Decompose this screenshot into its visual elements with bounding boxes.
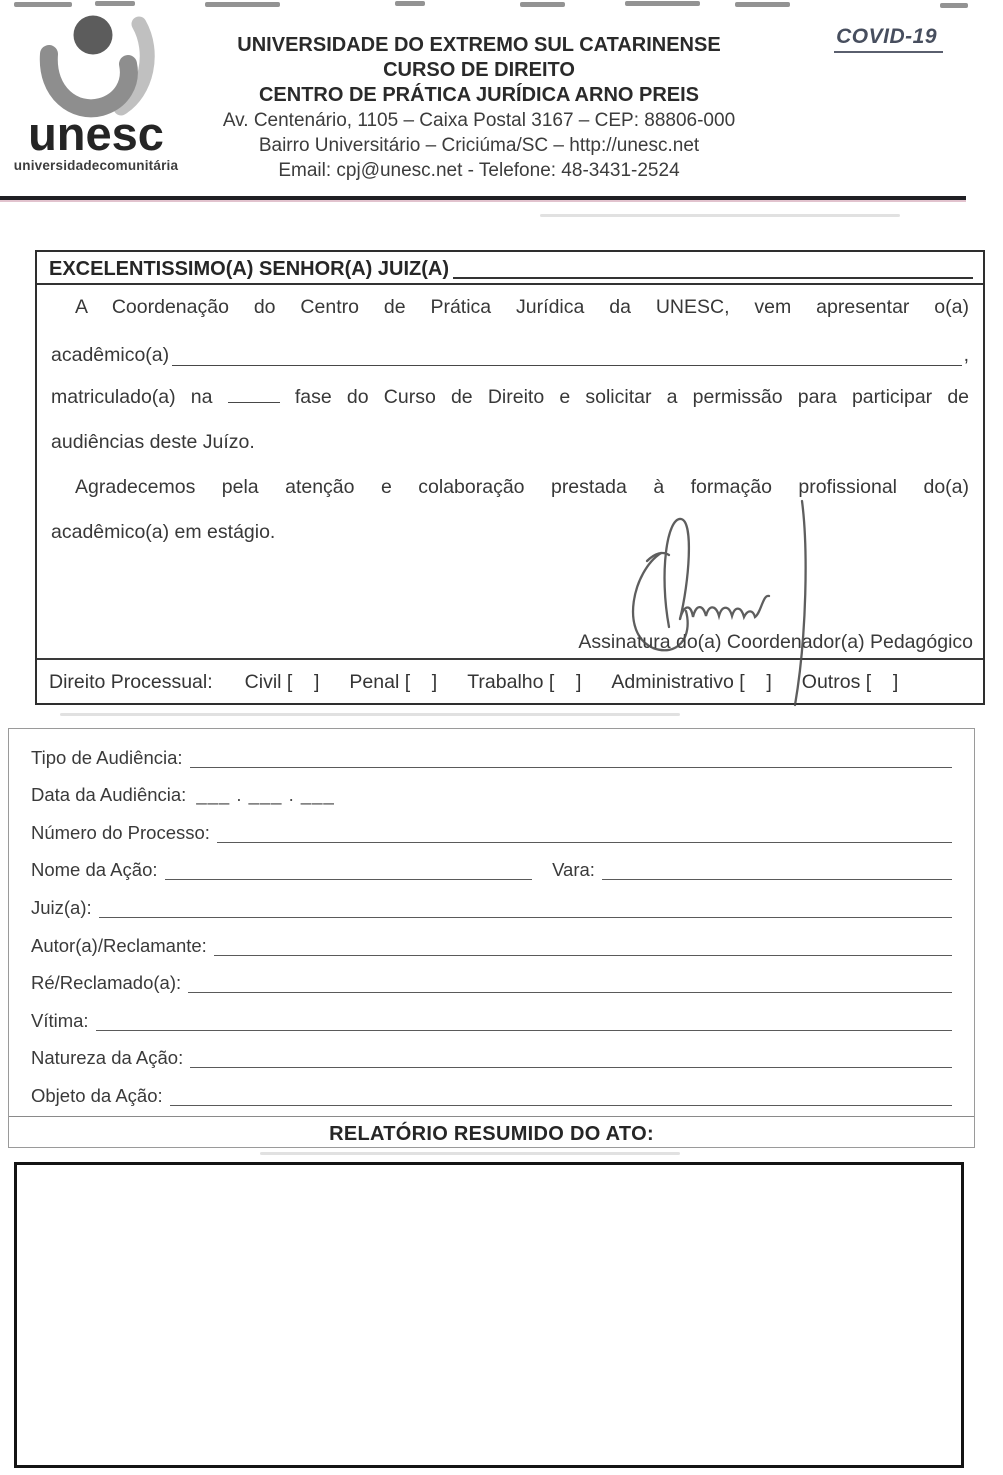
scan-artifact: [260, 1152, 680, 1155]
course-name: CURSO DE DIREITO: [183, 58, 775, 83]
procedural-law-label: Direito Processual:: [49, 671, 213, 694]
covid-19-annotation: COVID-19: [834, 25, 943, 53]
petition-paragraph-line: audiências deste Juízo.: [37, 420, 983, 465]
district-line: Bairro Universitário – Criciúma/SC – htt…: [183, 133, 775, 158]
checkbox-administrativo: Administrativo [ ]: [611, 671, 771, 694]
blank-line: [217, 842, 952, 843]
blank-line: [602, 879, 952, 880]
university-name: UNIVERSIDADE DO EXTREMO SUL CATARINENSE: [183, 33, 775, 58]
field-tipo-audiencia: Tipo de Audiência:: [9, 736, 974, 774]
petition-paragraph-line: matriculado(a) na fase do Curso de Direi…: [37, 375, 983, 420]
unesc-person-icon: [35, 14, 157, 118]
blank-line: [214, 955, 952, 956]
field-vitima: Vítima:: [9, 999, 974, 1037]
checkbox-trabalho: Trabalho [ ]: [467, 671, 581, 694]
date-placeholder: ___ . ___ . ___: [186, 779, 334, 811]
blank-line: [165, 879, 533, 880]
checkbox-penal: Penal [ ]: [349, 671, 437, 694]
checkbox-outros: Outros [ ]: [802, 671, 898, 694]
field-natureza-acao: Natureza da Ação:: [9, 1037, 974, 1075]
field-nome-acao-vara: Nome da Ação: Vara:: [9, 849, 974, 887]
petition-paragraph-line: A Coordenação do Centro de Prática Juríd…: [37, 285, 983, 330]
petition-box: EXCELENTISSIMO(A) SENHOR(A) JUIZ(A) A Co…: [35, 250, 985, 705]
field-autor-reclamante: Autor(a)/Reclamante:: [9, 924, 974, 962]
blank-line: [99, 917, 952, 918]
document-header: unesc universidadecomunitária UNIVERSIDA…: [0, 0, 1003, 200]
scan-artifact: [60, 713, 680, 716]
field-juiz: Juiz(a):: [9, 886, 974, 924]
institution-block: UNIVERSIDADE DO EXTREMO SUL CATARINENSE …: [183, 33, 775, 183]
academic-name-line: acadêmico(a) ,: [37, 330, 983, 375]
header-rule: [0, 196, 966, 200]
blank-line: [170, 1105, 952, 1106]
petition-title: EXCELENTISSIMO(A) SENHOR(A) JUIZ(A): [49, 255, 449, 283]
unesc-logo: unesc universidadecomunitária: [10, 14, 182, 173]
signature-area: [37, 555, 983, 627]
academic-label: acadêmico(a): [51, 335, 169, 375]
field-data-audiencia: Data da Audiência: ___ . ___ . ___: [9, 774, 974, 812]
field-numero-processo: Número do Processo:: [9, 811, 974, 849]
address-line: Av. Centenário, 1105 – Caixa Postal 3167…: [183, 108, 775, 133]
hearing-form-box: Tipo de Audiência: Data da Audiência: __…: [8, 728, 975, 1148]
phase-blank-line: [228, 389, 280, 403]
signature-caption: Assinatura do(a) Coordenador(a) Pedagógi…: [37, 627, 983, 658]
report-section-title: RELATÓRIO RESUMIDO DO ATO:: [9, 1116, 974, 1152]
blank-line: [188, 992, 952, 993]
unesc-tagline: universidadecomunitária: [10, 158, 182, 173]
blank-line: [190, 1067, 952, 1068]
checkbox-civil: Civil [ ]: [245, 671, 320, 694]
contact-line: Email: cpj@unesc.net - Telefone: 48-3431…: [183, 158, 775, 183]
academic-name-blank-line: [172, 365, 961, 366]
blank-line: [190, 767, 952, 768]
field-re-reclamado: Ré/Reclamado(a):: [9, 962, 974, 1000]
judge-name-blank-line: [453, 277, 973, 279]
scan-artifact: [540, 214, 900, 217]
field-objeto-acao: Objeto da Ação:: [9, 1074, 974, 1112]
petition-paragraph-line: Agradecemos pela atenção e colaboração p…: [37, 465, 983, 510]
petition-title-row: EXCELENTISSIMO(A) SENHOR(A) JUIZ(A): [37, 252, 983, 285]
unesc-wordmark: unesc: [10, 112, 182, 156]
center-name: CENTRO DE PRÁTICA JURÍDICA ARNO PREIS: [183, 83, 775, 108]
report-text-box: [14, 1162, 964, 1468]
petition-paragraph-line: acadêmico(a) em estágio.: [37, 510, 983, 555]
blank-line: [96, 1030, 952, 1031]
scanned-document-page: unesc universidadecomunitária UNIVERSIDA…: [0, 0, 1003, 1475]
procedural-law-row: Direito Processual: Civil [ ] Penal [ ] …: [37, 658, 983, 705]
